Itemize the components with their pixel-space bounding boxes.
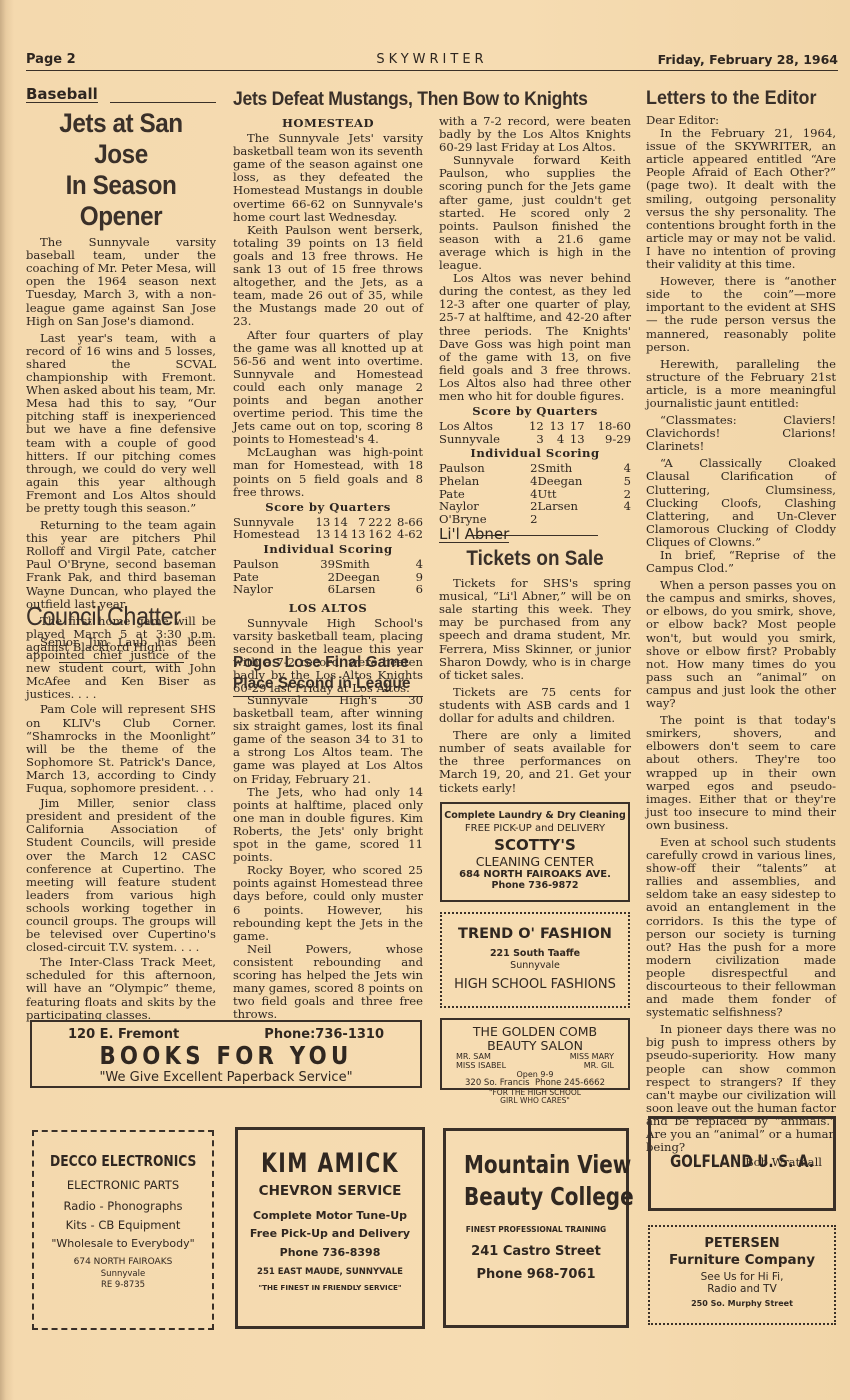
council-headline: Council Chatter	[26, 600, 197, 632]
abner-headline: Tickets on Sale	[449, 545, 622, 573]
baseball-article: Baseball Jets at San Jose In Season Open…	[26, 88, 216, 663]
issue-date: Friday, February 28, 1964	[658, 52, 838, 67]
table-row: Homestead1314131624-62	[233, 528, 423, 541]
ad-petersen-furniture: PETERSEN Furniture Company See Us for Hi…	[648, 1225, 836, 1325]
table-row: O'Bryne2	[439, 513, 631, 526]
abner-kicker: Li'l Abner	[439, 528, 509, 543]
table-row: Sunnyvale34139-29	[439, 433, 631, 446]
council-article: Council Chatter Senior Jim Laub has been…	[26, 600, 216, 1022]
kicker-rule	[110, 102, 216, 103]
baseball-headline: Jets at San Jose In Season Opener	[36, 108, 207, 232]
homestead-score-title: Score by Quarters	[233, 501, 423, 514]
los-altos-continued: with a 7-2 record, were beaten badly by …	[439, 115, 631, 154]
ad-kim-amick: KIM AMICK CHEVRON SERVICE Complete Motor…	[235, 1127, 425, 1329]
homestead-score-table: Sunnyvale131472228-66Homestead1314131624…	[233, 516, 423, 541]
pogos-headline: Pogos Lose Final Game Place Second in Le…	[233, 652, 423, 694]
los-altos-score-title: Score by Quarters	[439, 405, 631, 418]
pogos-article: Pogos Lose Final Game Place Second in Le…	[233, 652, 423, 1021]
baseball-body: The Sunnyvale varsity baseball team, und…	[26, 236, 216, 654]
table-row: Los Altos12131718-60	[439, 420, 631, 433]
ad-decco-electronics: DECCO ELECTRONICS ELECTRONIC PARTS Radio…	[32, 1130, 214, 1330]
table-row: Naylor2Larsen4	[439, 500, 631, 513]
los-altos-subhead: LOS ALTOS	[233, 602, 423, 615]
los-altos-individual-table: Paulson2Smith4Phelan4Deegan5Pate4Utt2Nay…	[439, 462, 631, 525]
ad-scottys: Complete Laundry & Dry Cleaning FREE PIC…	[440, 802, 630, 902]
homestead-subhead: HOMESTEAD	[233, 117, 423, 130]
letters-article: Letters to the Editor Dear Editor: In th…	[646, 86, 836, 1169]
ad-trend-fashion: TREND O' FASHION 221 South Taaffe Sunnyv…	[440, 912, 630, 1008]
masthead: Page 2 SKYWRITER Friday, February 28, 19…	[26, 52, 838, 71]
homestead-article: HOMESTEAD The Sunnyvale Jets' varsity ba…	[233, 115, 423, 697]
homestead-individual-table: Paulson39Smith4Pate2Deegan9Naylor6Larsen…	[233, 558, 423, 596]
los-altos-score-table: Los Altos12131718-60Sunnyvale34139-29	[439, 420, 631, 445]
baseball-kicker: Baseball	[26, 88, 98, 103]
table-row: Paulson39Smith4	[233, 558, 423, 571]
abner-article: Li'l Abner Tickets on Sale Tickets for S…	[439, 528, 631, 795]
jets-headline: Jets Defeat Mustangs, Then Bow to Knight…	[233, 88, 589, 111]
los-altos-individual-title: Individual Scoring	[439, 447, 631, 460]
los-altos-article: with a 7-2 record, were beaten badly by …	[439, 115, 631, 536]
newspaper-page: Page 2 SKYWRITER Friday, February 28, 19…	[0, 0, 850, 1400]
table-row: Naylor6Larsen6	[233, 583, 423, 596]
ad-golden-comb: THE GOLDEN COMB BEAUTY SALON MR. SAMMISS…	[440, 1018, 630, 1090]
ad-golfland: GOLFLAND U. S. A.	[648, 1116, 836, 1211]
letters-headline: Letters to the Editor	[646, 86, 821, 110]
ad-books-for-you: 120 E. Fremont Phone:736-1310 BOOKS FOR …	[30, 1020, 422, 1088]
table-row: Phelan4Deegan5	[439, 475, 631, 488]
homestead-individual-title: Individual Scoring	[233, 543, 423, 556]
ad-mountain-view-beauty: Mountain View Beauty College FINEST PROF…	[443, 1128, 629, 1328]
